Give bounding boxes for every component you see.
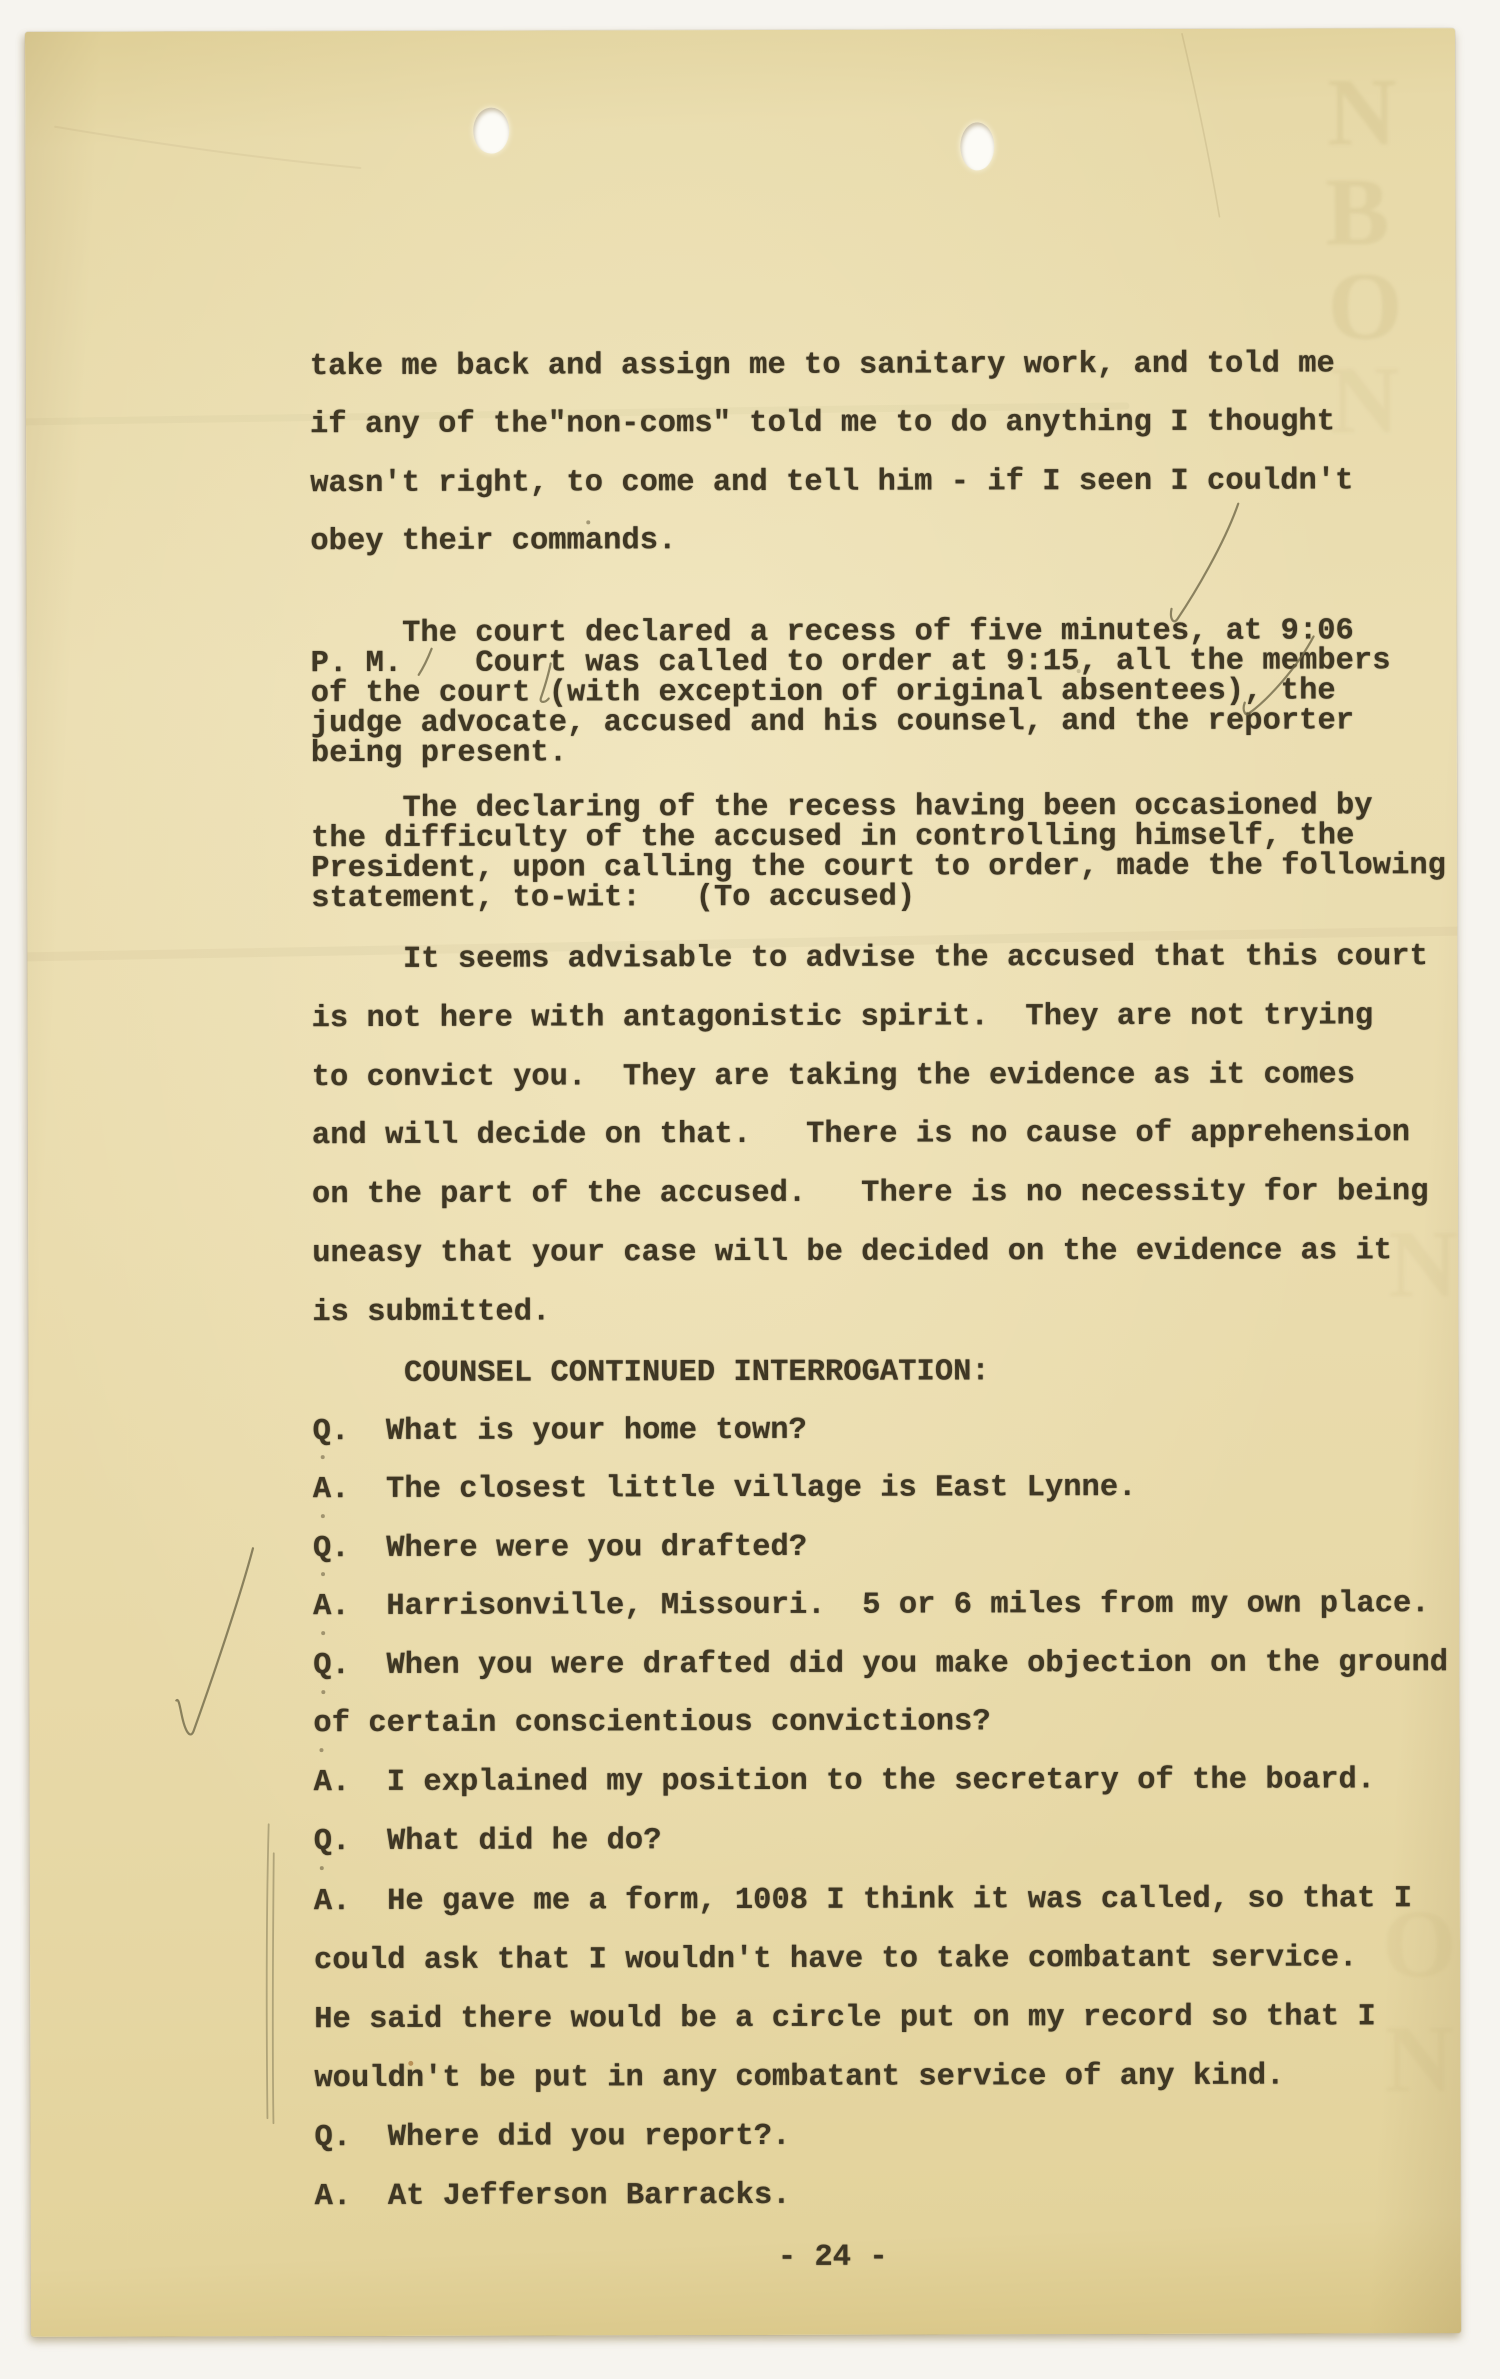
ink-speck [321,1631,325,1635]
paper-crease [27,931,1457,957]
ink-speck [321,1690,325,1694]
tick-mark-was [419,649,432,675]
tick-mark-minutes [1171,504,1239,622]
margin-checkmark [176,1548,253,1734]
tick-mark-members [1244,637,1314,715]
ink-speck [321,1514,325,1518]
paper-stain [408,2061,413,2066]
paper-crease [26,406,1126,422]
ink-speck [320,1866,324,1870]
ink-speck [586,520,590,524]
margin-line-1 [266,1824,269,2118]
pencil-annotations [25,28,1461,2337]
margin-line-2 [272,1853,274,2123]
paper-crease [1182,34,1219,217]
ink-speck [321,1455,325,1459]
document-page: NBONNON take me back and assign me to sa… [25,28,1461,2337]
scanner-background: NBONNON take me back and assign me to sa… [0,0,1500,2379]
paper-crease [55,126,360,169]
ink-speck [321,1572,325,1576]
tick-mark-with [541,664,551,702]
ink-speck [1077,669,1081,673]
ink-speck [319,1748,323,1752]
